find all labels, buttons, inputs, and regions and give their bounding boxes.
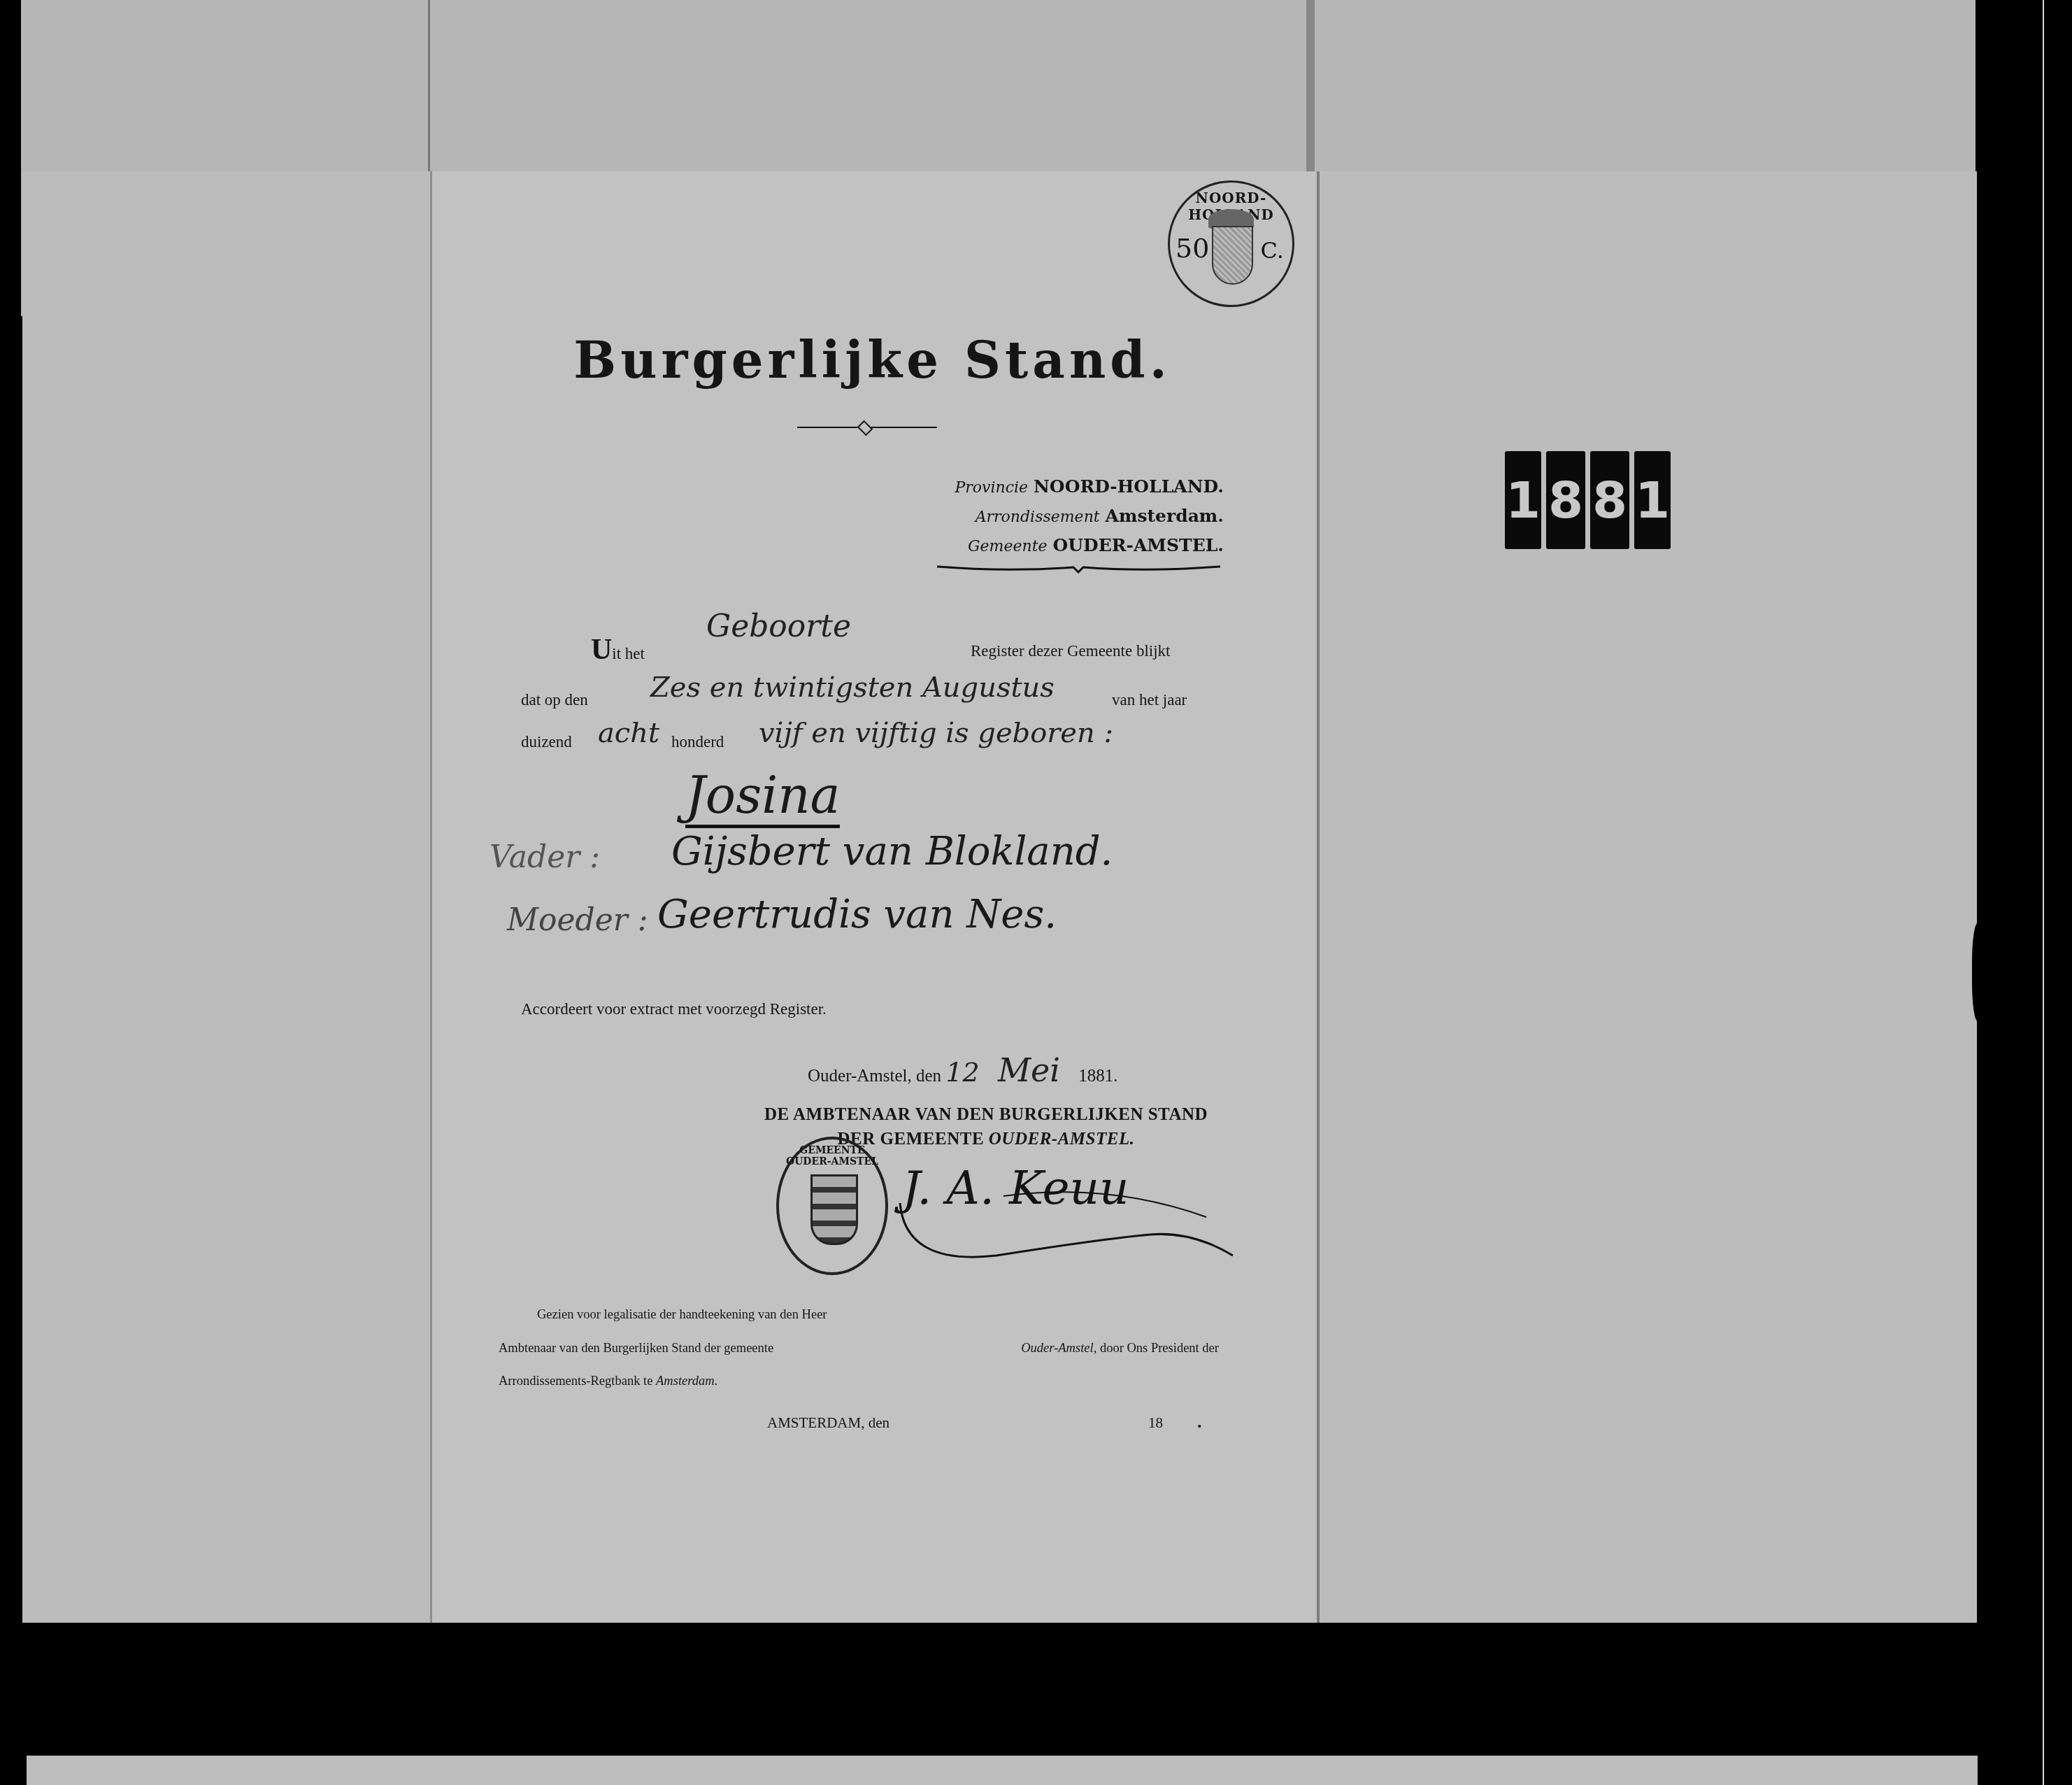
date-line-post: van het jaar [1112, 691, 1187, 709]
tax-stamp-value: 50 [1176, 233, 1209, 264]
father-name: Gijsbert van Blokland. [671, 829, 1113, 874]
register-line: Uit het [591, 633, 645, 667]
year-marker: 1 8 8 1 [1505, 451, 1671, 549]
drop-initial: U [591, 634, 612, 666]
district-label: Arrondissement [976, 509, 1100, 526]
seal-shield-icon [810, 1174, 858, 1245]
tax-stamp: NOORD-HOLLAND 50 C. [1168, 180, 1294, 307]
province-value: NOORD-HOLLAND. [1034, 476, 1224, 497]
place-text: Ouder-Amstel, den [808, 1067, 941, 1086]
administration-block: Provincie NOORD-HOLLAND. Arrondissement … [937, 473, 1224, 561]
coat-of-arms-icon [1212, 226, 1253, 285]
seal-text: GEMEENTE OUDER-AMSTEL [779, 1145, 885, 1167]
child-name: Josina [685, 766, 840, 828]
mother-label: Moeder : [507, 902, 648, 938]
legalisation-end: . [1197, 1411, 1202, 1432]
admin-ornament [937, 563, 1220, 573]
signature-flourish [899, 1189, 1234, 1266]
legalisation-place: AMSTERDAM, den [767, 1414, 889, 1432]
district-value: Amsterdam. [1106, 506, 1224, 526]
day-written: 12 [945, 1057, 979, 1088]
static-text: it het [612, 645, 645, 662]
legalisation-line1: Gezien voor legalisatie der handteekenin… [537, 1308, 827, 1323]
date-line-pre: dat op den [521, 691, 588, 709]
film-edge-line [2043, 0, 2044, 1785]
year-digit: 1 [1634, 451, 1671, 549]
year-digit: 8 [1590, 451, 1629, 549]
document-title: Burgerlijke Stand. [430, 330, 1315, 390]
year-line-pre: duizend [521, 733, 572, 751]
birth-date-written: Zes en twintigsten Augustus [650, 671, 1055, 704]
official-title-line1: DE AMBTENAAR VAN DEN BURGERLIJKEN STAND [748, 1105, 1224, 1125]
municipal-seal: GEMEENTE OUDER-AMSTEL [776, 1137, 888, 1275]
father-label: Vader : [490, 839, 600, 875]
legalisation-year: 18 [1148, 1414, 1163, 1432]
mother-name: Geertrudis van Nes. [657, 892, 1057, 937]
certification-text: Accordeert voor extract met voorzegd Reg… [521, 1000, 827, 1018]
century-written: acht [598, 717, 659, 749]
legalisation-line2: Ambtenaar van den Burgerlijken Stand der… [499, 1342, 1219, 1356]
film-edge [1978, 0, 2072, 1785]
static-text: door Ons President der [1100, 1342, 1219, 1356]
municipality-italic: OUDER-AMSTEL. [989, 1130, 1135, 1148]
province-label: Provincie [955, 479, 1028, 497]
title-ornament [797, 425, 937, 429]
legalisation-line3: Arrondissements-Regtbank te Amsterdam. [499, 1374, 717, 1389]
municipality-italic: Ouder-Amstel, [1021, 1342, 1096, 1356]
place-date: Ouder-Amstel, den 12 Mei 1881. [808, 1051, 1118, 1089]
static-text: Ambtenaar van den Burgerlijken Stand der… [499, 1342, 773, 1356]
year-text: 1881. [1078, 1067, 1117, 1086]
municipality-label: Gemeente [968, 538, 1048, 555]
next-frame-strip [27, 1756, 1978, 1785]
year-line-mid: honderd [671, 733, 724, 751]
static-text: Arrondissements-Regtbank te [499, 1374, 652, 1388]
year-digit: 8 [1546, 451, 1585, 549]
register-line-post: Register dezer Gemeente blijkt [971, 642, 1170, 660]
city-italic: Amsterdam. [656, 1374, 717, 1388]
municipality-value: OUDER-AMSTEL. [1052, 535, 1224, 555]
register-type: Geboorte [706, 609, 851, 644]
year-digit: 1 [1505, 451, 1541, 549]
film-tear [1972, 923, 1986, 1021]
year-written: vijf en vijftig is geboren : [759, 717, 1113, 749]
tax-stamp-unit: C. [1260, 237, 1284, 264]
month-written: Mei [998, 1051, 1060, 1089]
